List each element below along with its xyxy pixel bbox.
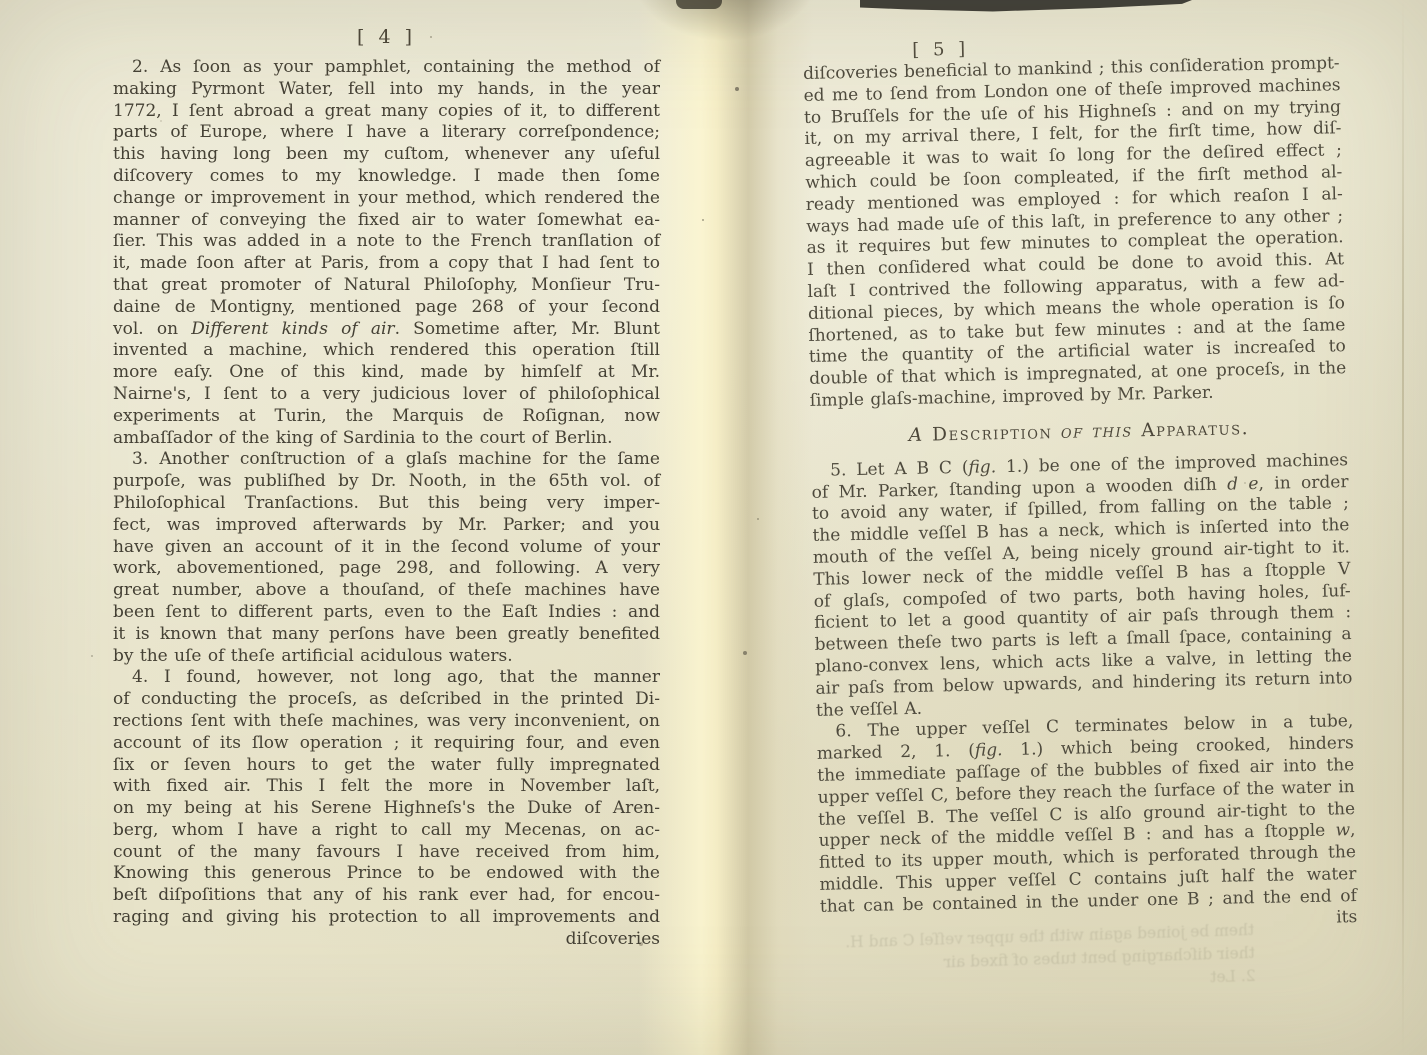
book-scan: [ 4 ] 2. As ſoon as your pamphlet, conta… [0, 0, 1427, 1055]
ink-bleedthrough: them be joined again with the upper veſſ… [822, 919, 1256, 1001]
page-5-text-block: diſcoveries beneficial to mankind ; this… [803, 53, 1357, 940]
section-heading: A Description of this Apparatus. [810, 414, 1347, 451]
page-5-tilt-wrapper: [ 5 ] diſcoveries beneficial to mankind … [803, 53, 1357, 940]
page-right: [ 5 ] diſcoveries beneficial to mankind … [0, 0, 1427, 1055]
